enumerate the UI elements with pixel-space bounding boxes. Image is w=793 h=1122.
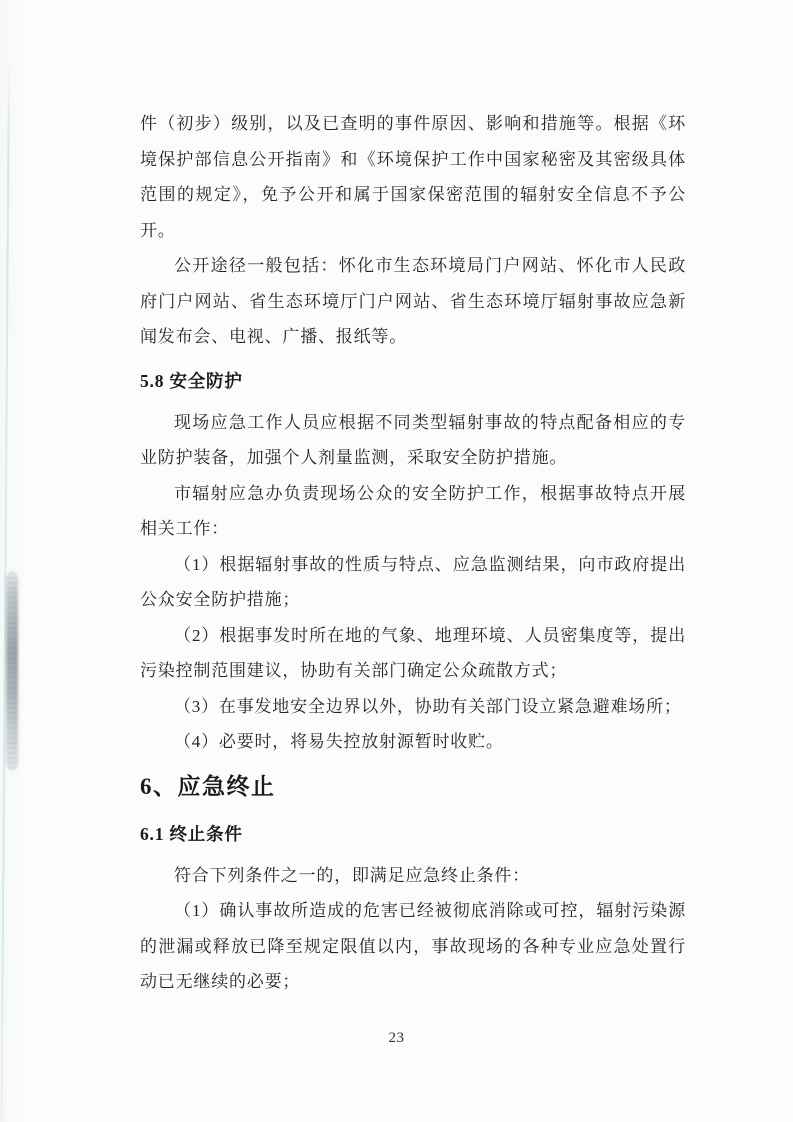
body-paragraph: 现场应急工作人员应根据不同类型辐射事故的特点配备相应的专业防护装备，加强个人剂量… [140, 405, 686, 476]
page-number: 23 [0, 1030, 793, 1047]
scan-artifact-gray-streak [6, 572, 18, 770]
document-body: 件（初步）级别，以及已查明的事件原因、影响和措施等。根据《环境保护部信息公开指南… [140, 106, 686, 1000]
chapter-heading: 6、应急终止 [140, 772, 686, 802]
section-heading: 6.1 终止条件 [140, 822, 686, 846]
body-paragraph: 符合下列条件之一的，即满足应急终止条件： [140, 858, 686, 894]
body-paragraph: （1）根据辐射事故的性质与特点、应急监测结果，向市政府提出公众安全防护措施； [140, 547, 686, 618]
scan-artifact-vertical-line [1, 60, 10, 1122]
body-paragraph: （2）根据事发时所在地的气象、地理环境、人员密集度等，提出污染控制范围建议，协助… [140, 618, 686, 689]
document-page: 件（初步）级别，以及已查明的事件原因、影响和措施等。根据《环境保护部信息公开指南… [0, 0, 793, 1122]
body-paragraph: （3）在事发地安全边界以外，协助有关部门设立紧急避难场所； [140, 689, 686, 725]
body-paragraph: 市辐射应急办负责现场公众的安全防护工作，根据事故特点开展相关工作： [140, 476, 686, 547]
body-paragraph: （1）确认事故所造成的危害已经被彻底消除或可控，辐射污染源的泄漏或释放已降至规定… [140, 893, 686, 1000]
body-paragraph: 件（初步）级别，以及已查明的事件原因、影响和措施等。根据《环境保护部信息公开指南… [140, 106, 686, 248]
body-paragraph: 公开途径一般包括：怀化市生态环境局门户网站、怀化市人民政府门户网站、省生态环境厅… [140, 248, 686, 355]
body-paragraph: （4）必要时，将易失控放射源暂时收贮。 [140, 724, 686, 760]
section-heading: 5.8 安全防护 [140, 369, 686, 393]
